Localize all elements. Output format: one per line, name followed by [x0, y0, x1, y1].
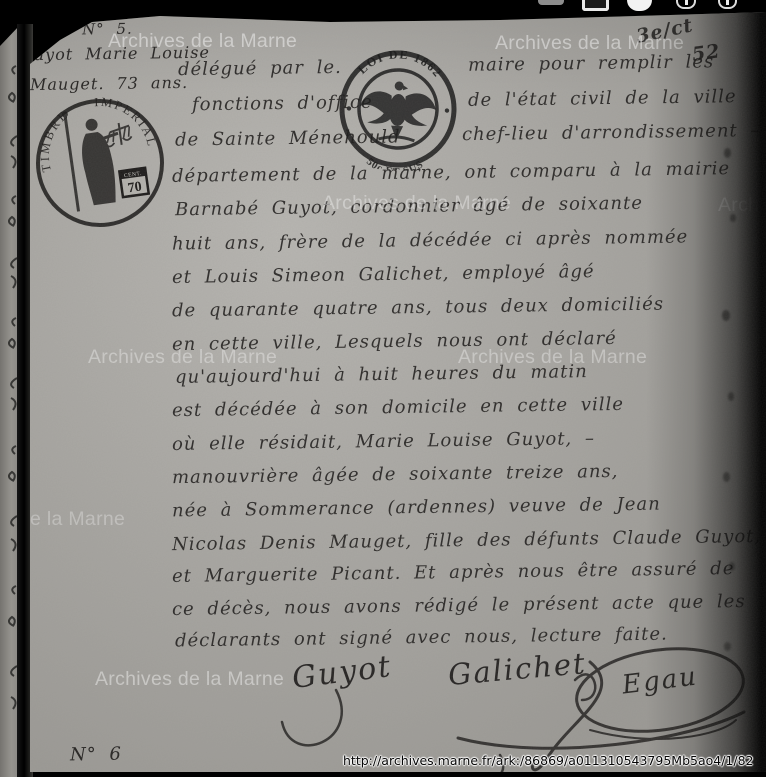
watermark-text: Archives de la Marne	[108, 30, 297, 53]
watermark-text: Archives de la Marne	[88, 346, 277, 369]
loi-stamp-top-text: LOI DE 1862	[354, 45, 446, 81]
act-line: est décédée à son domicile en cette vill…	[172, 394, 624, 421]
act-line: et Louis Simeon Galichet, employé âgé	[172, 261, 595, 288]
stamp-value-box: CENT. 70	[119, 168, 148, 197]
viewer-url-overlay: http://archives.marne.fr/ark:/86869/a011…	[343, 753, 754, 768]
act-line: manouvrière âgée de soixante treize ans,	[172, 461, 619, 488]
signature-declarant2: Galichet	[447, 646, 588, 692]
svg-text:LOI DE 1862: LOI DE 1862	[354, 45, 446, 81]
timbre-imperial-stamp-icon: TIMBRE IMPERIAL CENT. 70	[23, 87, 176, 239]
signature-declarant1: Guyot	[290, 649, 394, 696]
act-line: déclarants ont signé avec nous, lecture …	[175, 624, 668, 652]
page-edge-shadow	[646, 0, 766, 777]
watermark-text: Archives de la Marne	[322, 192, 511, 215]
act-line: de quarante quatre ans, tous deux domici…	[172, 294, 664, 322]
act-number-bottom: N° 6	[70, 744, 122, 766]
watermark-text: Archives de la Marne	[458, 346, 647, 369]
viewer-toolbar-partial-icon-1[interactable]	[538, 0, 564, 5]
watermark-text: Archives de la Marne	[95, 668, 284, 691]
scanned-register-photo: N° 5. Guyot Marie Louise Mauget. 73 ans.…	[0, 0, 766, 777]
imperial-eagle-icon	[358, 80, 437, 142]
act-line: huit ans, frère de la décédée ci après n…	[172, 226, 689, 254]
act-line: née à Sommerance (ardennes) veuve de Jea…	[172, 494, 661, 522]
viewer-toolbar-partial-icon-3[interactable]	[627, 0, 652, 11]
margin-spouse-age: Mauget. 73 ans.	[30, 73, 188, 94]
act-line: où elle résidait, Marie Louise Guyot, –	[172, 428, 595, 455]
stamp-value: 70	[127, 179, 143, 196]
act-line: délégué par le.	[178, 57, 342, 80]
viewer-toolbar-partial-icon-4[interactable]	[676, 0, 696, 9]
viewer-toolbar-partial-icon-5[interactable]	[718, 0, 737, 9]
viewer-toolbar-partial-icon-2[interactable]	[582, 0, 609, 11]
loi-1862-eagle-stamp-icon: LOI DE 1862 50c ET SUS	[333, 45, 463, 173]
register-page: N° 5. Guyot Marie Louise Mauget. 73 ans.…	[30, 0, 766, 777]
